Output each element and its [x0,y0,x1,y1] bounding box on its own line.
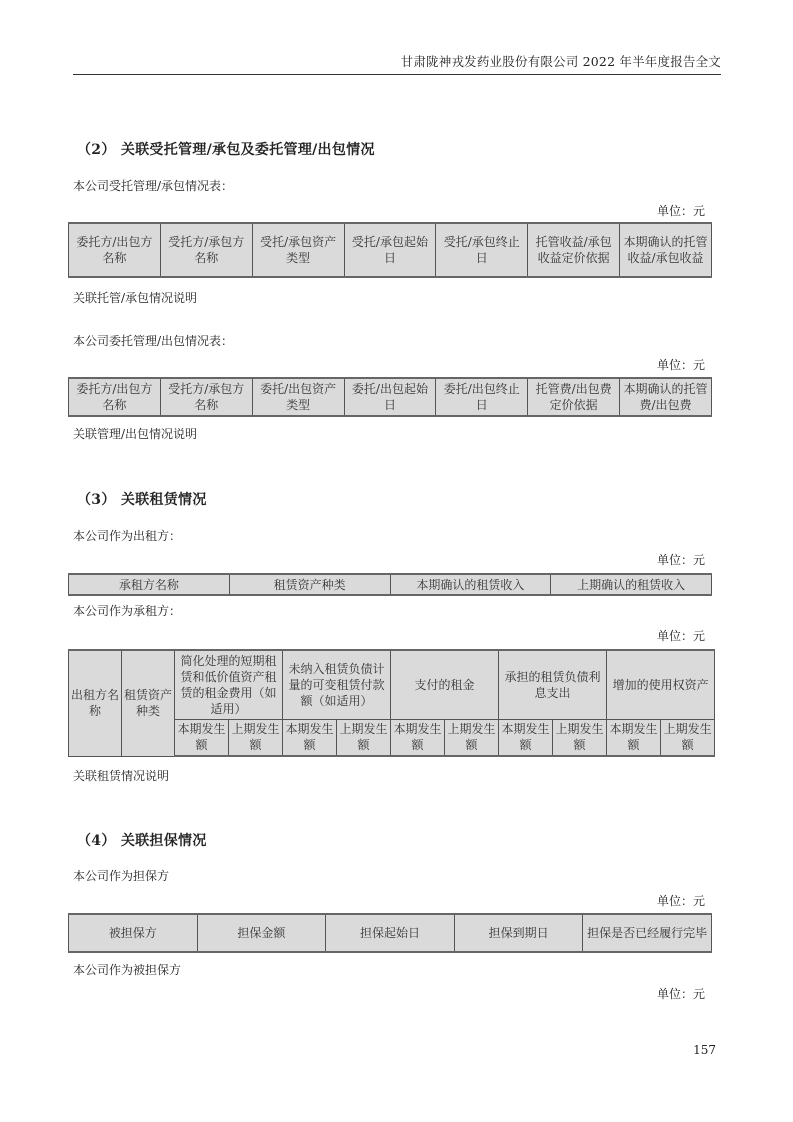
column-header: 托管收益/承包收益定价依据 [528,223,620,277]
outsourced-table-caption: 本公司委托管理/出包情况表： [73,332,233,349]
entrusted-note: 关联托管/承包情况说明 [73,289,197,306]
column-header: 租赁资产种类 [229,574,390,595]
column-header: 本期确认的租赁收入 [390,574,551,595]
table-header-row: 承租方名称 租赁资产种类 本期确认的租赁收入 上期确认的租赁收入 [69,574,712,595]
column-header: 托管费/出包费定价依据 [528,378,620,416]
column-header: 委托/出包终止日 [436,378,528,416]
entrusted-management-table: 委托方/出包方名称 受托方/承包方名称 受托/承包资产类型 受托/承包起始日 受… [68,222,712,278]
column-header: 受托方/承包方名称 [160,223,252,277]
column-header: 受托/承包起始日 [344,223,436,277]
table-header-row: 委托方/出包方名称 受托方/承包方名称 受托/承包资产类型 受托/承包起始日 受… [69,223,712,277]
column-header: 担保起始日 [326,914,455,952]
section-4-heading: （4） 关联担保情况 [77,830,207,850]
guarantor-table: 被担保方 担保金额 担保起始日 担保到期日 担保是否已经履行完毕 [68,913,712,953]
guarantor-caption: 本公司作为担保方 [73,867,169,884]
outsourced-unit-label: 单位：元 [657,356,705,373]
column-header: 承租方名称 [69,574,230,595]
guaranteed-caption: 本公司作为被担保方 [73,961,181,978]
entrusted-unit-label: 单位：元 [657,202,705,219]
column-header: 本期确认的托管收益/承包收益 [620,223,712,277]
outsourced-management-table: 委托方/出包方名称 受托方/承包方名称 委托/出包资产类型 委托/出包起始日 委… [68,377,712,417]
column-header: 委托/出包起始日 [344,378,436,416]
column-header: 受托方/承包方名称 [160,378,252,416]
sub-column-header: 上期发生额 [661,719,715,756]
column-header: 担保金额 [197,914,326,952]
lessor-table: 承租方名称 租赁资产种类 本期确认的租赁收入 上期确认的租赁收入 [68,573,712,596]
page-number: 157 [693,1043,716,1057]
lessee-caption: 本公司作为承租方： [73,602,181,619]
guaranteed-unit-label: 单位：元 [657,985,705,1002]
guarantor-unit-label: 单位：元 [657,892,705,909]
table-header-row: 被担保方 担保金额 担保起始日 担保到期日 担保是否已经履行完毕 [69,914,712,952]
section-3-heading: （3） 关联租赁情况 [77,489,207,509]
column-header: 租赁资产种类 [122,650,175,756]
report-header-title: 甘肃陇神戎发药业股份有限公司 2022 年半年度报告全文 [401,52,721,70]
sub-column-header: 本期发生额 [175,719,229,756]
sub-column-header: 上期发生额 [337,719,391,756]
column-header: 本期确认的托管费/出包费 [620,378,712,416]
outsourced-note: 关联管理/出包情况说明 [73,425,197,442]
column-header: 未纳入租赁负债计量的可变租赁付款额（如适用） [283,650,391,719]
sub-column-header: 上期发生额 [229,719,283,756]
column-header: 简化处理的短期租赁和低价值资产租赁的租金费用（如适用） [175,650,283,719]
column-header: 上期确认的租赁收入 [551,574,712,595]
sub-column-header: 上期发生额 [553,719,607,756]
column-header: 委托方/出包方名称 [69,223,161,277]
lessor-unit-label: 单位：元 [657,551,705,568]
column-header: 受托/承包资产类型 [252,223,344,277]
column-header: 受托/承包终止日 [436,223,528,277]
column-header: 担保是否已经履行完毕 [583,914,712,952]
column-header: 出租方名称 [69,650,122,756]
lessor-caption: 本公司作为出租方： [73,527,181,544]
entrusted-table-caption: 本公司受托管理/承包情况表： [73,177,233,194]
column-header: 被担保方 [69,914,198,952]
table-header-row: 出租方名称 租赁资产种类 简化处理的短期租赁和低价值资产租赁的租金费用（如适用）… [69,650,715,719]
sub-column-header: 本期发生额 [283,719,337,756]
lease-note: 关联租赁情况说明 [73,767,169,784]
lessee-table: 出租方名称 租赁资产种类 简化处理的短期租赁和低价值资产租赁的租金费用（如适用）… [68,649,715,757]
column-header: 支付的租金 [391,650,499,719]
column-header: 委托方/出包方名称 [69,378,161,416]
column-header: 承担的租赁负债利息支出 [499,650,607,719]
sub-column-header: 本期发生额 [607,719,661,756]
section-2-heading: （2） 关联受托管理/承包及委托管理/出包情况 [77,139,375,159]
table-header-row: 委托方/出包方名称 受托方/承包方名称 委托/出包资产类型 委托/出包起始日 委… [69,378,712,416]
column-header: 委托/出包资产类型 [252,378,344,416]
sub-column-header: 本期发生额 [391,719,445,756]
column-header: 增加的使用权资产 [607,650,715,719]
sub-column-header: 上期发生额 [445,719,499,756]
sub-column-header: 本期发生额 [499,719,553,756]
column-header: 担保到期日 [454,914,583,952]
header-divider [73,74,721,75]
lessee-unit-label: 单位：元 [657,627,705,644]
